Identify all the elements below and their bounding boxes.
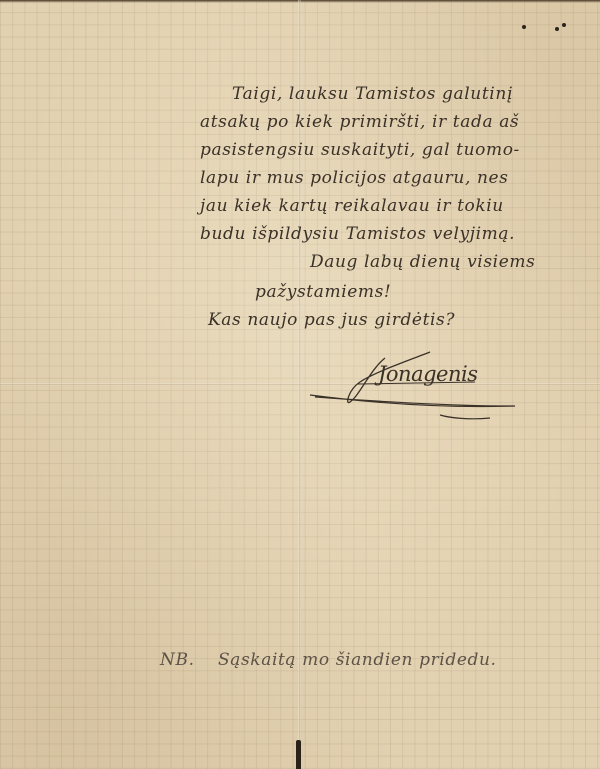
pinhole: [555, 27, 559, 31]
letter-line: budu išpildysiu Tamistos velyjimą.: [200, 224, 515, 244]
letter-line: jau kiek kartų reikalavau ir tokiu: [200, 196, 504, 216]
pinhole: [522, 25, 526, 29]
pinhole: [562, 23, 566, 27]
bottom-tear: [296, 740, 301, 769]
letter-line: pasistengsiu suskaityti, gal tuomo-: [200, 140, 520, 160]
postscript-label: NB.: [160, 650, 195, 670]
greeting-line: pažystamiems!: [255, 282, 391, 302]
postscript-text: Sąskaitą mo šiandien pridedu.: [218, 650, 497, 670]
question-line: Kas naujo pas jus girdėtis?: [208, 310, 455, 330]
greeting-line: Daug labų dienų visiems: [310, 252, 535, 272]
letter-line: lapu ir mus policijos atgauru, nes: [200, 168, 509, 188]
signature: Jonagenis: [300, 350, 530, 430]
letter-line: atsakų po kiek primiršti, ir tada aš: [200, 112, 519, 132]
signature-text: Jonagenis: [378, 362, 478, 386]
letter-page: Taigi, lauksu Tamistos galutinį atsakų p…: [0, 0, 600, 769]
letter-line: Taigi, lauksu Tamistos galutinį: [232, 84, 513, 104]
